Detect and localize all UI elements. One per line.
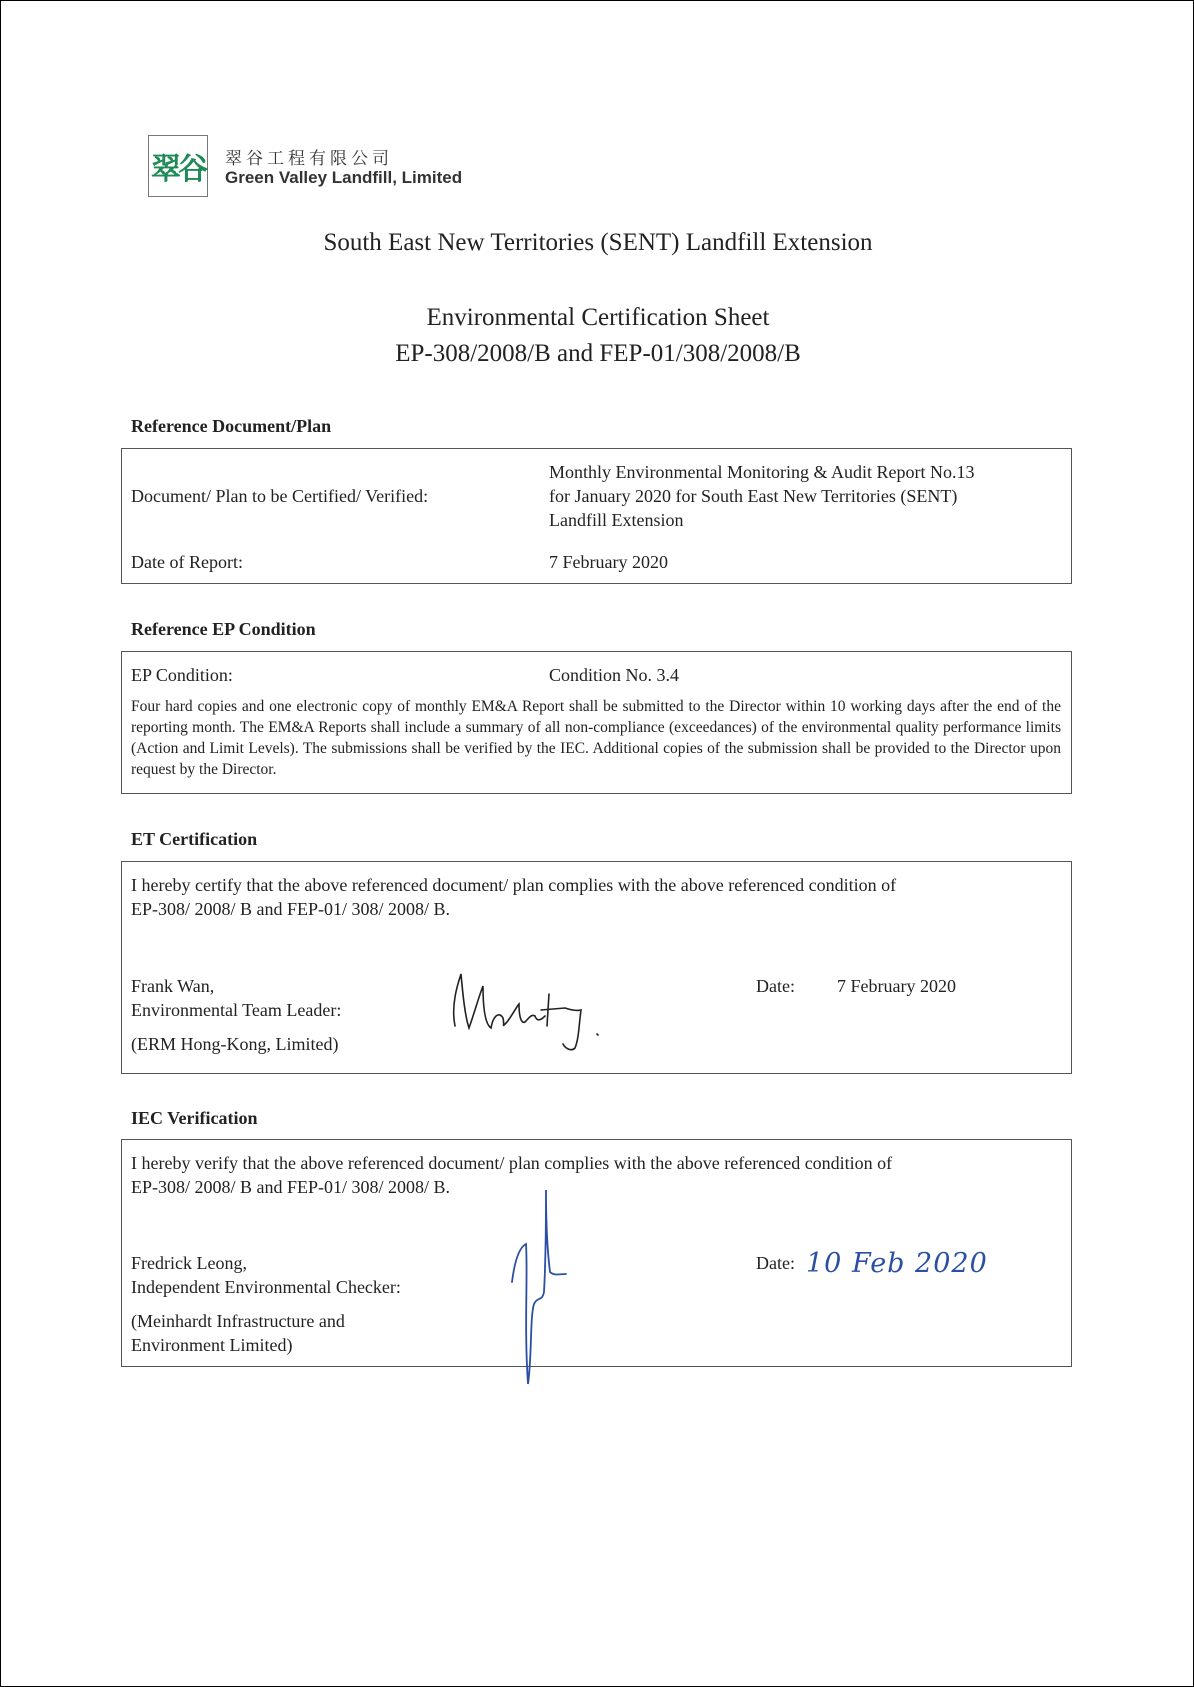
document-page: 翠谷 翠谷工程有限公司 Green Valley Landfill, Limit… [0,0,1194,1687]
reference-document-box: Document/ Plan to be Certified/ Verified… [121,448,1072,584]
reference-ep-box: EP Condition: Condition No. 3.4 Four har… [121,651,1072,794]
report-date-label: Date of Report: [131,550,243,574]
project-title: South East New Territories (SENT) Landfi… [1,229,1194,257]
iec-organisation: Environment Limited) [131,1333,401,1357]
et-statement-line: I hereby certify that the above referenc… [131,873,896,897]
iec-date-label: Date: [756,1251,795,1275]
et-statement-line: EP-308/ 2008/ B and FEP-01/ 308/ 2008/ B… [131,897,896,921]
iec-statement-line: I hereby verify that the above reference… [131,1151,892,1175]
document-label: Document/ Plan to be Certified/ Verified… [131,484,428,508]
iec-signatory: Fredrick Leong, Independent Environmenta… [131,1251,401,1357]
company-logo: 翠谷 [148,135,208,197]
section-heading-et-certification: ET Certification [131,829,257,850]
et-date-label: Date: [756,974,795,998]
et-statement: I hereby certify that the above referenc… [131,873,896,921]
et-signature-icon [447,966,637,1056]
et-organisation: (ERM Hong-Kong, Limited) [131,1032,341,1056]
section-heading-iec-verification: IEC Verification [131,1108,258,1129]
logo-glyph: 翠谷 [151,144,205,188]
et-role: Environmental Team Leader: [131,998,341,1022]
ep-condition-text: Four hard copies and one electronic copy… [131,696,1061,780]
document-value-line: Landfill Extension [549,508,974,532]
document-value-line: Monthly Environmental Monitoring & Audit… [549,460,974,484]
report-date-value: 7 February 2020 [549,550,668,574]
company-name-en: Green Valley Landfill, Limited [225,168,462,188]
document-value: Monthly Environmental Monitoring & Audit… [549,460,974,532]
section-heading-reference-ep: Reference EP Condition [131,619,316,640]
iec-signature-icon [506,1186,596,1386]
iec-name: Fredrick Leong, [131,1251,401,1275]
et-date-value: 7 February 2020 [837,974,956,998]
document-value-line: for January 2020 for South East New Terr… [549,484,974,508]
ep-condition-value: Condition No. 3.4 [549,663,679,687]
iec-organisation: (Meinhardt Infrastructure and [131,1309,401,1333]
permit-title: EP-308/2008/B and FEP-01/308/2008/B [1,340,1194,368]
et-signatory: Frank Wan, Environmental Team Leader: (E… [131,974,341,1056]
company-name-cn: 翠谷工程有限公司 [225,144,393,169]
sheet-title: Environmental Certification Sheet [1,304,1194,332]
section-heading-reference-document: Reference Document/Plan [131,416,331,437]
et-name: Frank Wan, [131,974,341,998]
iec-role: Independent Environmental Checker: [131,1275,401,1299]
ep-condition-label: EP Condition: [131,663,233,687]
iec-date-value-handwritten: 10 Feb 2020 [806,1248,988,1279]
